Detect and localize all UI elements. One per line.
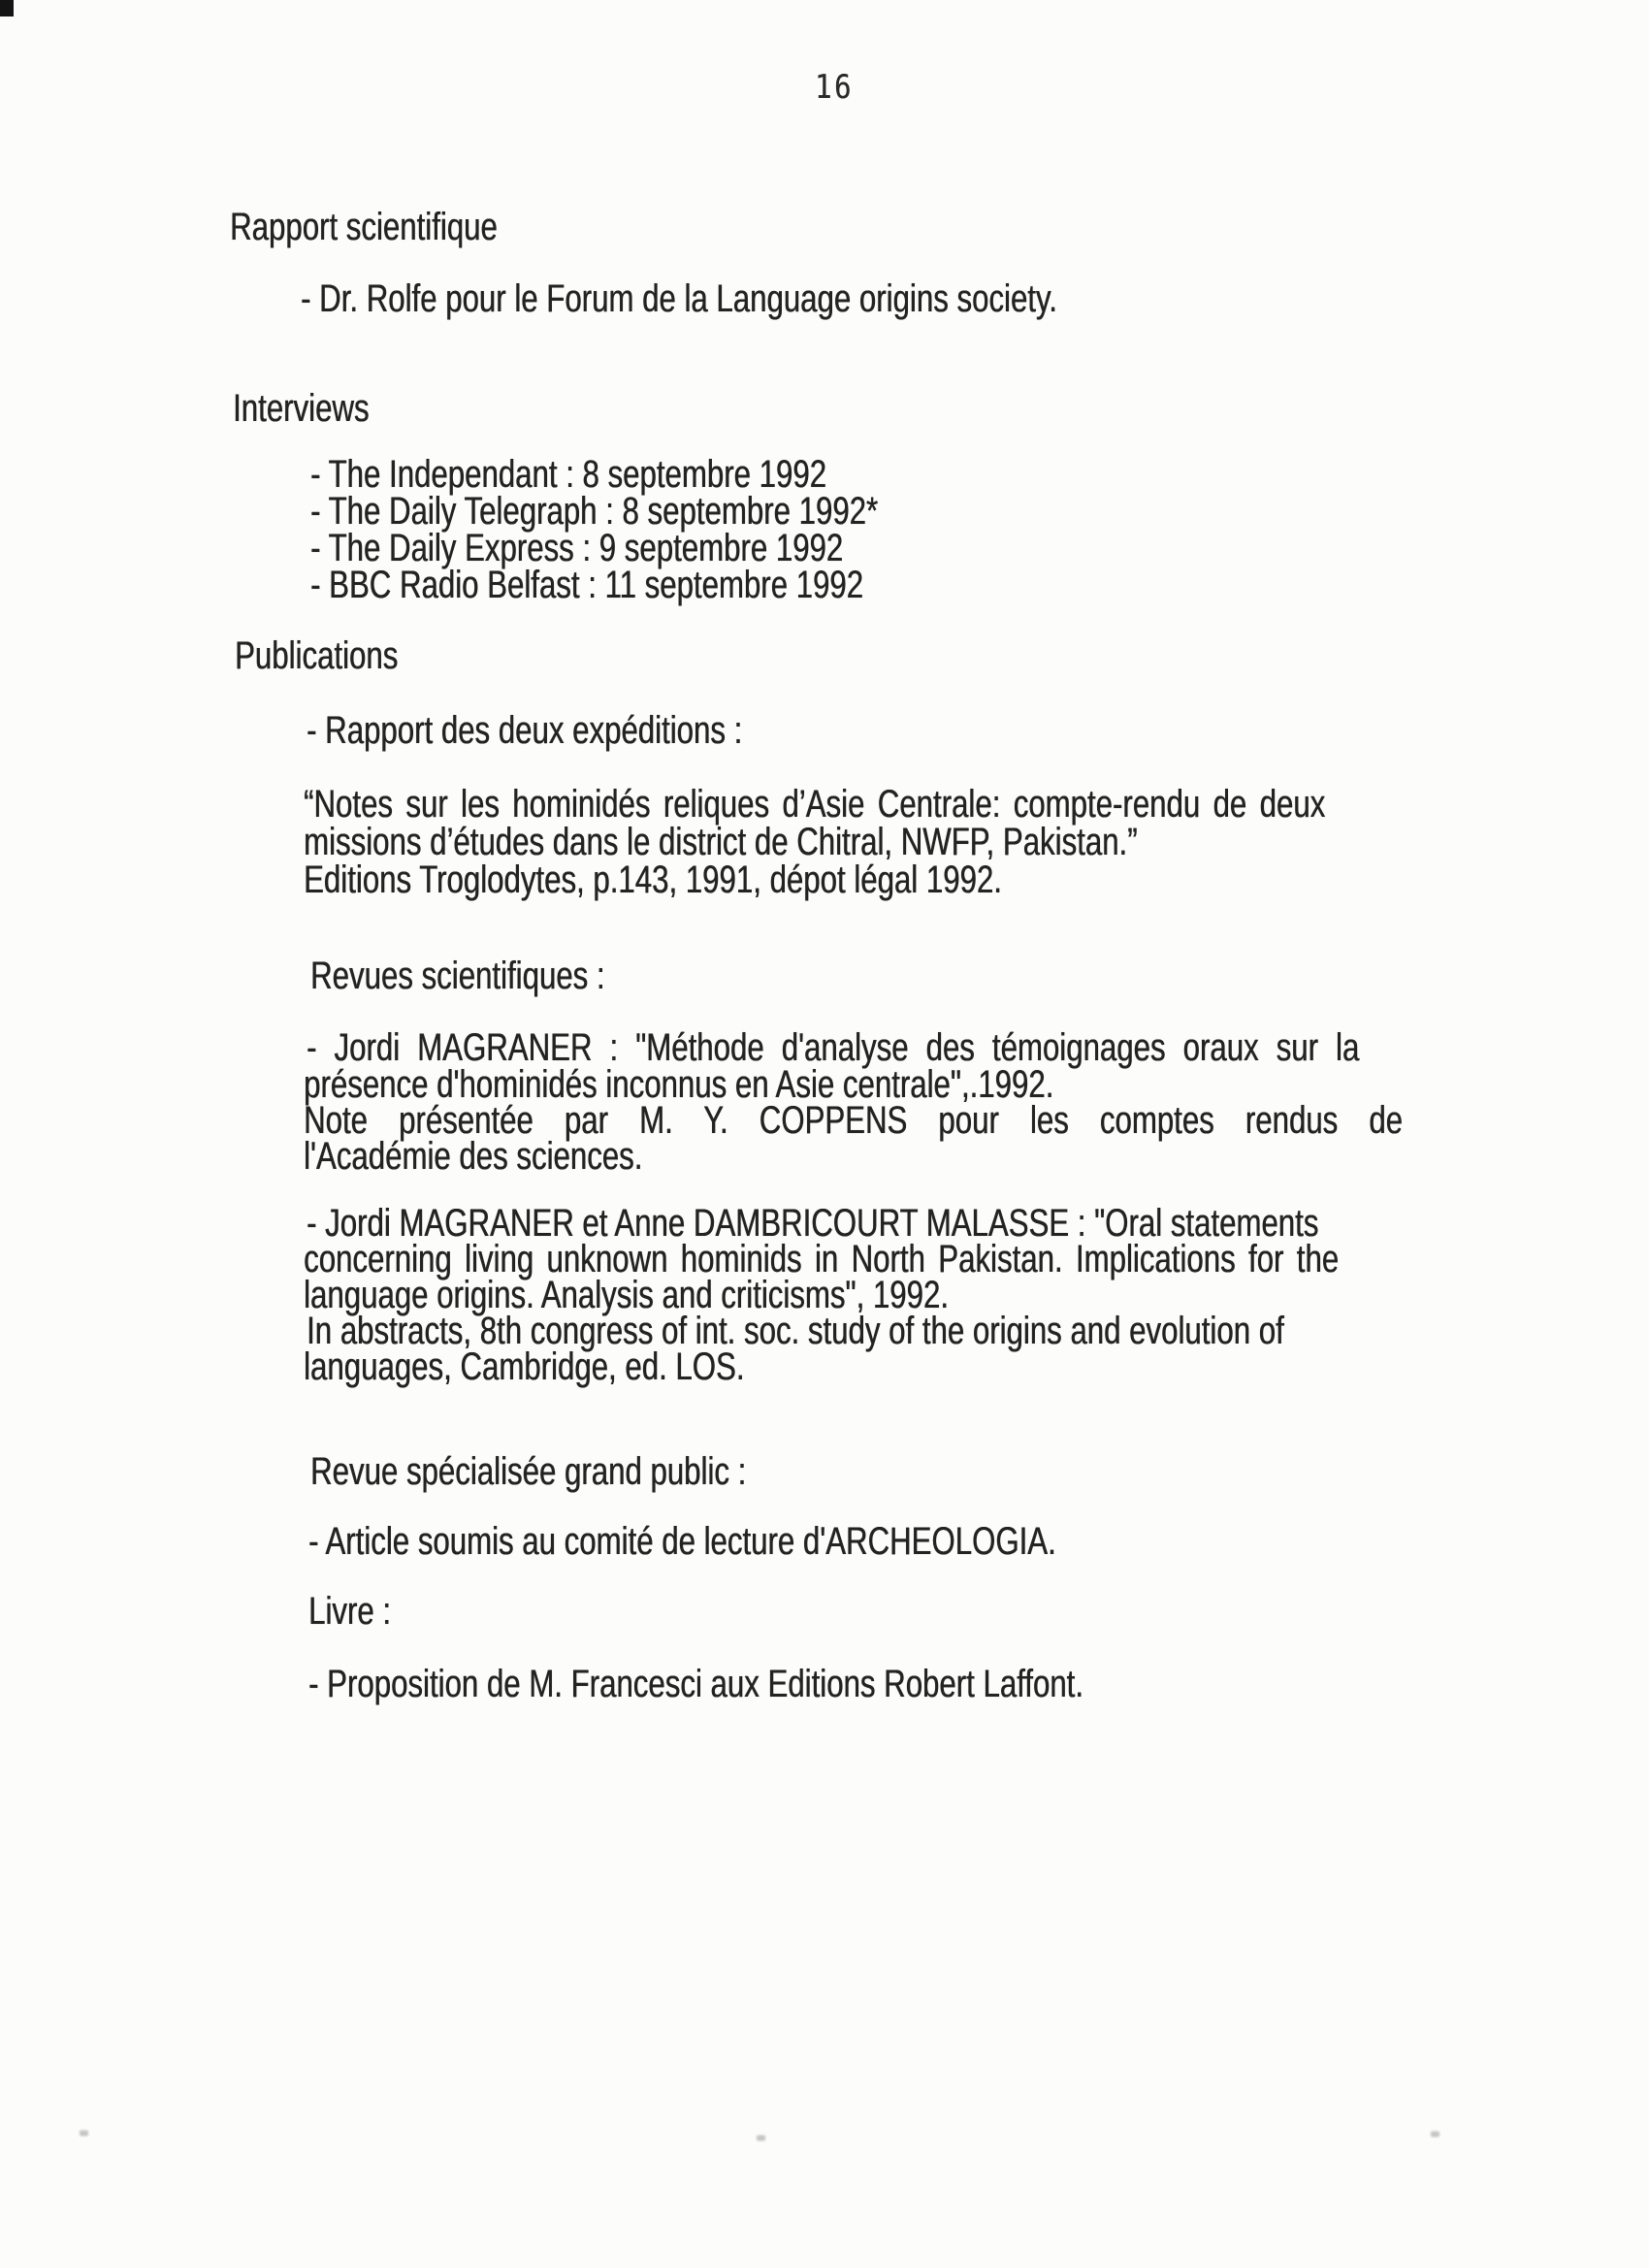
scan-artifact (757, 2135, 765, 2141)
heading-publications: Publications (235, 634, 398, 677)
heading-revue-grand-public: Revue spécialisée grand public : (310, 1450, 746, 1493)
revue2-line: languages, Cambridge, ed. LOS. (304, 1345, 744, 1388)
heading-livre: Livre : (308, 1590, 391, 1633)
page-number: 16 (815, 68, 854, 107)
interview-item: - BBC Radio Belfast : 11 septembre 1992 (310, 564, 863, 606)
article-item: - Article soumis au comité de lecture d'… (308, 1520, 1056, 1563)
rapport-item: - Dr. Rolfe pour le Forum de la Language… (301, 277, 1057, 320)
scan-corner-mark (0, 0, 14, 16)
revue1-line: l'Académie des sciences. (304, 1135, 642, 1178)
livre-item: - Proposition de M. Francesci aux Editio… (308, 1663, 1083, 1705)
scan-artifact (1431, 2131, 1439, 2137)
heading-rapport-scientifique: Rapport scientifique (230, 206, 498, 248)
scanned-document-page: 16 Rapport scientifique - Dr. Rolfe pour… (0, 0, 1649, 2268)
heading-revues-scientifiques: Revues scientifiques : (310, 955, 604, 997)
report-label: - Rapport des deux expéditions : (307, 709, 742, 752)
scan-artifact (80, 2130, 88, 2136)
heading-interviews: Interviews (233, 387, 369, 430)
report-quote-line: Editions Troglodytes, p.143, 1991, dépot… (304, 859, 1002, 901)
report-quote-line: missions d’études dans le district de Ch… (304, 821, 1137, 863)
report-quote-line: “Notes sur les hominidés reliques d’Asie… (304, 783, 1325, 826)
